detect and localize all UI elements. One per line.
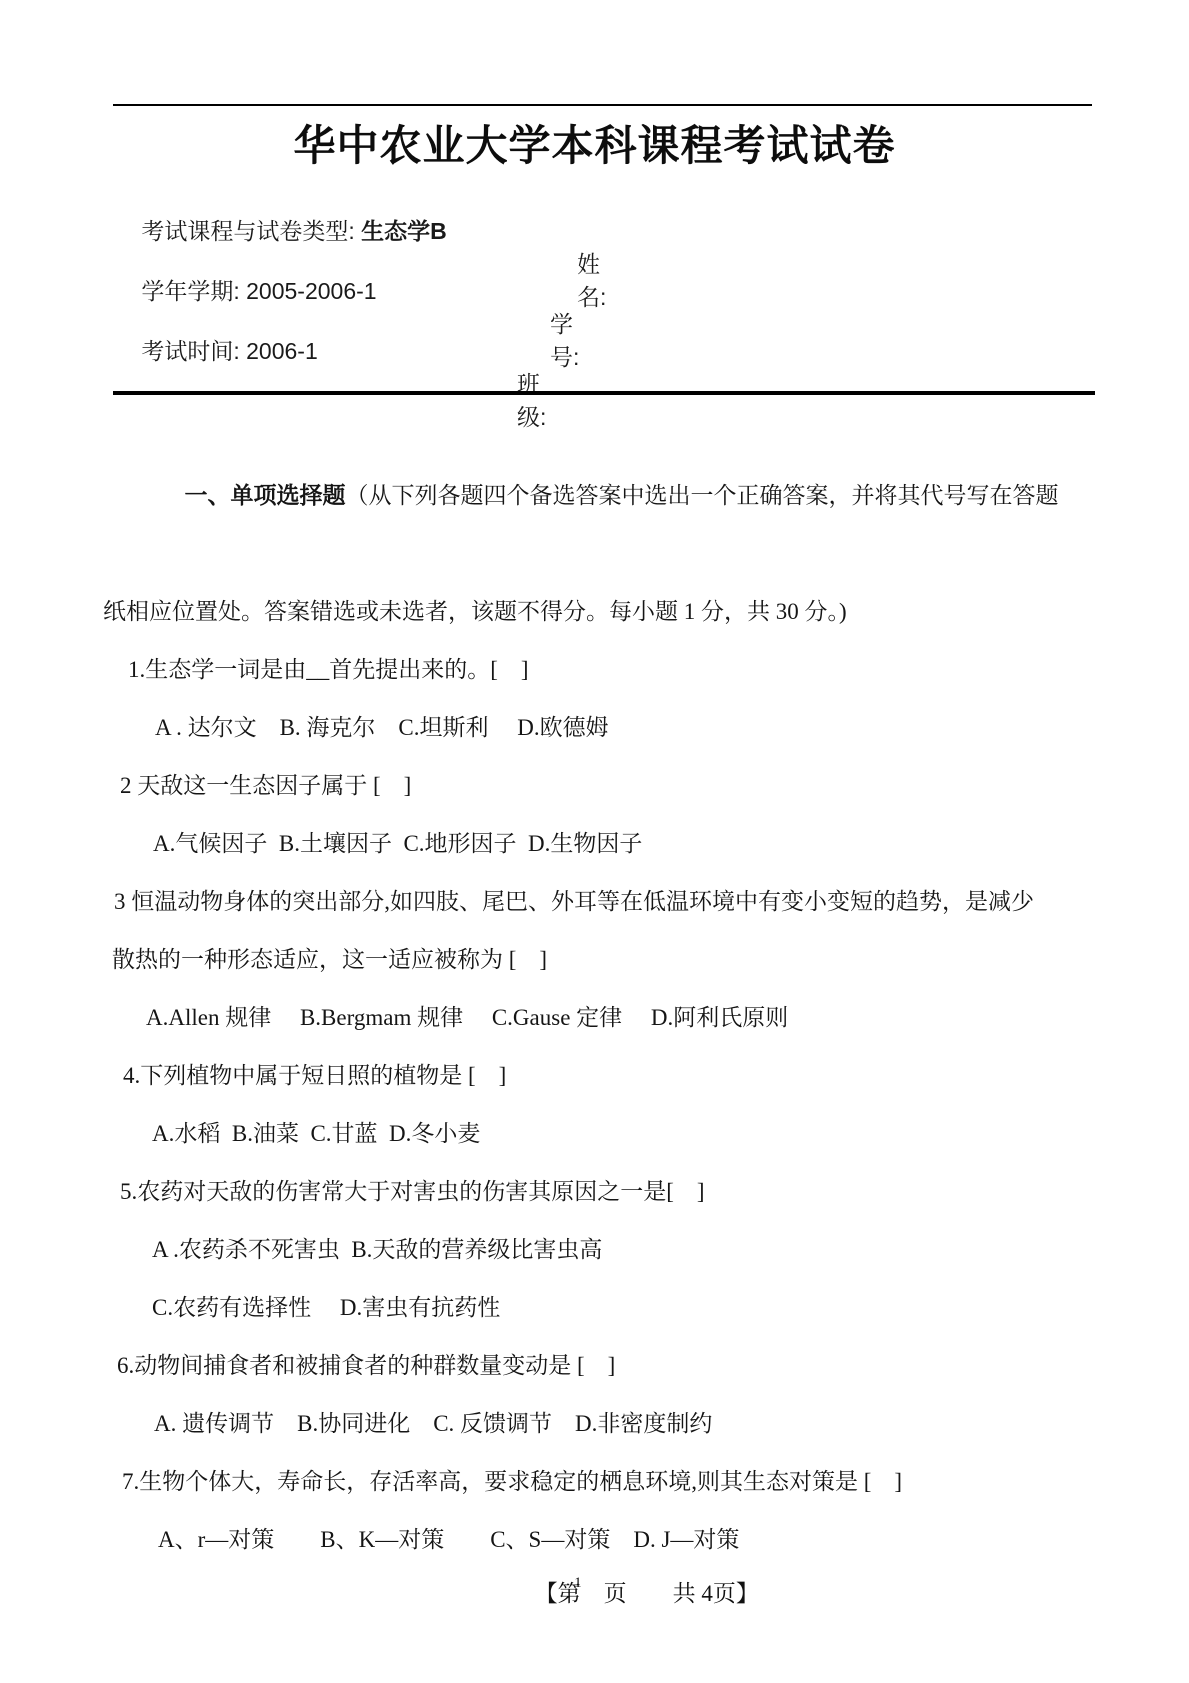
section-heading-instructions: （从下列各题四个备选答案中选出一个正确答案，并将其代号写在答题 (346, 483, 1059, 508)
page-number-template: 【第 页 共 4页】 (535, 1581, 759, 1606)
question-5-options-cd: C.农药有选择性 D.害虫有抗药性 (103, 1279, 1103, 1337)
question-3-text-continued: 散热的一种形态适应，这一适应被称为 [ ] (103, 931, 1103, 989)
question-3-text: 3 恒温动物身体的突出部分,如四肢、尾巴、外耳等在低温环境中有变小变短的趋势，是… (103, 873, 1103, 931)
page-footer: 【第 页 共 4页】 1 (0, 1549, 1189, 1660)
name-field-label: 姓名: (577, 246, 606, 312)
semester-row: 学年学期: 2005-2006-1 学号: (103, 246, 377, 276)
exam-paper-page: 华中农业大学本科课程考试试卷 考试课程与试卷类型: 生态学B 姓名: 学年学期:… (0, 0, 1189, 1683)
question-5-options-ab: A .农药杀不死害虫 B.天敌的营养级比害虫高 (103, 1221, 1103, 1279)
semester-label: 学年学期: (141, 278, 246, 304)
question-6-options: A. 遗传调节 B.协同进化 C. 反馈调节 D.非密度制约 (103, 1395, 1103, 1453)
exam-time-value: 2006-1 (246, 338, 318, 364)
exam-time-row: 考试时间: 2006-1 班级: (103, 306, 318, 336)
header-bottom-rule (113, 391, 1095, 395)
exam-time-label: 考试时间: (141, 338, 246, 364)
course-type-row: 考试课程与试卷类型: 生态学B 姓名: (103, 186, 447, 216)
question-1-text: 1.生态学一词是由__首先提出来的。[ ] (103, 641, 1103, 699)
question-5-text: 5.农药对天敌的伤害常大于对害虫的伤害其原因之一是[ ] (103, 1163, 1103, 1221)
question-2-options: A.气候因子 B.土壤因子 C.地形因子 D.生物因子 (103, 815, 1103, 873)
exam-body: 一、单项选择题（从下列各题四个备选答案中选出一个正确答案，并将其代号写在答题 纸… (103, 408, 1103, 1569)
course-type-value: 生态学B (361, 218, 447, 244)
course-type-label: 考试课程与试卷类型: (141, 218, 361, 244)
question-7-text: 7.生物个体大，寿命长，存活率高，要求稳定的栖息环境,则其生态对策是 [ ] (103, 1453, 1103, 1511)
current-page-number: 1 (574, 1576, 582, 1591)
question-4-options: A.水稻 B.油菜 C.甘蓝 D.冬小麦 (103, 1105, 1103, 1163)
page-title: 华中农业大学本科课程考试试卷 (0, 113, 1189, 173)
question-2-text: 2 天敌这一生态因子属于 [ ] (103, 757, 1103, 815)
header-top-rule (113, 104, 1092, 106)
page-number-line: 【第 页 共 4页】 1 (500, 1549, 759, 1660)
section-heading-title: 一、单项选择题 (185, 482, 346, 508)
question-3-options: A.Allen 规律 B.Bergmam 规律 C.Gause 定律 D.阿利氏… (103, 989, 1103, 1047)
question-4-text: 4.下列植物中属于短日照的植物是 [ ] (103, 1047, 1103, 1105)
question-6-text: 6.动物间捕食者和被捕食者的种群数量变动是 [ ] (103, 1337, 1103, 1395)
section-heading: 一、单项选择题（从下列各题四个备选答案中选出一个正确答案，并将其代号写在答题 (103, 408, 1103, 583)
question-1-options: A . 达尔文 B. 海克尔 C.坦斯利 D.欧德姆 (103, 699, 1103, 757)
student-id-field-label: 学号: (550, 306, 579, 372)
section-instructions-line2: 纸相应位置处。答案错选或未选者，该题不得分。每小题 1 分，共 30 分。) (103, 583, 1103, 641)
semester-value: 2005-2006-1 (246, 278, 376, 304)
